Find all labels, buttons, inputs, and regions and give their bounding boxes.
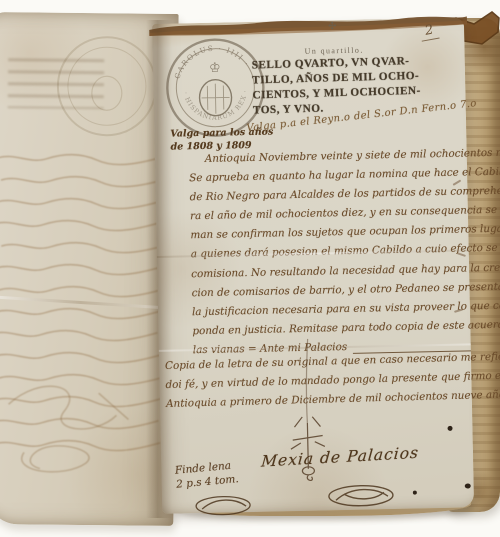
rubric-flourish-icon	[192, 492, 255, 519]
manuscript-body: Antioquia Noviembre veinte y siete de mi…	[189, 143, 500, 360]
ink-dot	[465, 483, 471, 488]
years-note-line: Valga para los años	[170, 125, 273, 140]
page-number: 2	[419, 22, 440, 42]
fee-note: Finde lena 2 p.s 4 tom.	[174, 458, 239, 492]
ink-dot	[447, 426, 452, 431]
notary-signature: Mexia de Palacios	[260, 444, 419, 471]
svg-text:CAROLUS · IIII ·: CAROLUS · IIII ·	[172, 43, 252, 80]
gutter-shadow	[146, 20, 172, 518]
printer-ornament-icon: ✣	[328, 21, 337, 32]
ink-dot	[413, 491, 417, 495]
seal-legend-top: CAROLUS · IIII ·	[172, 43, 252, 80]
handwriting-bleedthrough-icon	[0, 150, 169, 458]
rubric-flourish-icon	[324, 481, 399, 511]
printed-text-bleedthrough	[8, 58, 105, 109]
photo-of-manuscript: ♔ CAROLUS · IIII · · HISPANIARUM REX · ✣…	[0, 0, 500, 537]
certification-block: Copia de la letra de su original a que e…	[165, 347, 500, 414]
seal-legend-bottom: · HISPANIARUM REX ·	[182, 89, 250, 123]
flourish-bleedthrough-icon	[0, 378, 137, 489]
stamp-price-note: Un quartillo.	[305, 46, 364, 56]
svg-text:· HISPANIARUM REX ·: · HISPANIARUM REX ·	[182, 89, 250, 123]
seal-crown-icon: ♔	[209, 61, 221, 76]
right-page: ♔ CAROLUS · IIII · · HISPANIARUM REX · ✣…	[152, 17, 474, 513]
